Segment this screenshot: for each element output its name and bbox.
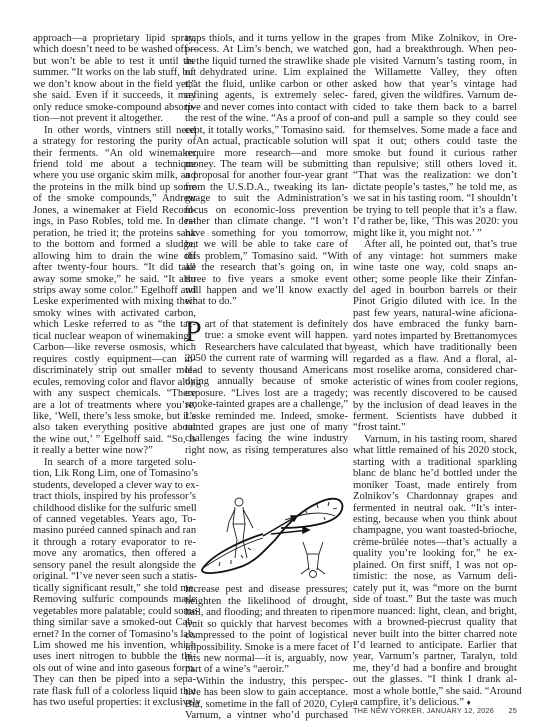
text-line: focus on economic-loss prevention (185, 205, 348, 216)
text-line: this new normal—it is, arguably, now (185, 653, 348, 664)
text-line: dying annually because of smoke (185, 376, 348, 387)
drop-cap: P (185, 320, 202, 344)
text-line: she said. Even if it succeeds, it may (33, 90, 196, 101)
text-line: Removing sulfuric compounds made (33, 594, 196, 605)
text-line: lead to seventy thousand Americans (185, 365, 348, 376)
infinity-clock-illustration-icon (185, 462, 348, 582)
text-line: for themselves. Some made a face and (353, 125, 517, 136)
text-line: rate flask full of a colorless liquid th… (33, 686, 196, 697)
text-line: the Willamette Valley, they often (353, 67, 517, 78)
text-line: what to do.” (185, 296, 348, 307)
text-line: from the U.S.D.A., tweaking its lan- (185, 182, 348, 193)
text-line: Carbon—like reverse osmosis, which (33, 342, 196, 353)
text-line: of the smoke compounds,” Andrew (33, 193, 196, 204)
text-line: will happen and we’ll know exactly (185, 285, 348, 296)
publication-dateline: THE NEW YORKER, JANUARY 12, 2026 (353, 706, 494, 715)
text-line: cept, it totally works,” Tomasino said. (185, 125, 348, 136)
paragraph-start-line: Within the industry, this perspec- (185, 676, 348, 687)
text-line: ings, in Paso Robles, told me. In des- (33, 216, 196, 227)
text-line: esting, because when you think about (353, 514, 517, 525)
text-line: past few years, natural-wine aficiona- (353, 308, 517, 319)
text-line: tive and never comes into contact with (185, 102, 348, 113)
text-line: students, developed a clever way to ex- (33, 480, 196, 491)
text-line: regarded as a flaw. And a floral, al- (353, 354, 517, 365)
text-line: than repulsive; still others loved it. (353, 159, 517, 170)
text-line: year, Varnum’s partner, Taralyn, told (353, 651, 517, 662)
text-line: guage to suit the Administration’s (185, 193, 348, 204)
text-line: blanc de blanc he’d bottled under the (353, 468, 517, 479)
text-line: it through a rotary evaporator to re- (33, 537, 196, 548)
text-line: most roselike aroma, considered char- (353, 365, 517, 376)
text-line: gon, had a breakthrough. When peo- (353, 44, 517, 55)
text-line: the proteins in the milk bind up some (33, 182, 196, 193)
article-column-2: traps thiols, and it turns yellow in the… (185, 33, 348, 722)
text-line: of any vintage: hot summers make (353, 251, 517, 262)
text-line: dos have embraced the funky barn- (353, 319, 517, 330)
text-line: requires costly equipment—can in- (33, 354, 196, 365)
text-line: never built into the bitter charred note (353, 629, 517, 640)
page-footer: THE NEW YORKER, JANUARY 12, 2026 25 (353, 706, 517, 715)
text-line: compressed to the point of logistical (185, 630, 348, 641)
text-line: we sat in his tasting room. “I shouldn’t (353, 193, 517, 204)
text-line: only reduce smoke-compound absorp- (33, 102, 196, 113)
text-line: that the fluid, unlike carbon or other (185, 79, 348, 90)
text-line: ferment. Scientists have dubbed it (353, 411, 517, 422)
text-line: be trying to tell people that it’s a fla… (353, 205, 517, 216)
text-line: might like it, you might not.’ ” (353, 228, 517, 239)
text-line: starting with a traditional sparkling (353, 457, 517, 468)
text-line: crème-brûlée notes—that’s actually a (353, 537, 517, 548)
text-line: move any aromatics, then offered a (33, 548, 196, 559)
text-line: cided to take them back to a barrel (353, 102, 517, 113)
spot-illustration (185, 462, 348, 582)
text-line: also taken everything positive about (33, 422, 196, 433)
text-line: three to five years a smoke event (185, 274, 348, 285)
text-line: fruit so quickly that harvest becomes (185, 619, 348, 630)
paragraph-start-line: In search of a more targeted solu- (33, 457, 196, 468)
text-line: it really a better wine now?” (33, 445, 196, 456)
text-line: impossibility. Smoke is a mere facet of (185, 642, 348, 653)
text-line: approach—a proprietary lipid spray, (33, 33, 196, 44)
text-line: but won’t be able to test it until the (33, 56, 196, 67)
page-number: 25 (508, 706, 517, 715)
text-line: plained. On first sniff, I was not op- (353, 560, 517, 571)
text-line: true: a smoke event will happen. (185, 330, 348, 341)
text-line: fermented in neutral oak. “It’s inter- (353, 503, 517, 514)
text-line: after twenty-four hours. “It did take (33, 262, 196, 273)
text-line: all the research that’s going on, in (185, 262, 348, 273)
text-line: Lim showed me his invention, which (33, 640, 196, 651)
text-line: cately put it, was “more on the burnt (353, 583, 517, 594)
text-line: tion—not prevent it altogether. (33, 113, 196, 124)
text-line: away some smoke,” he said. “It also (33, 274, 196, 285)
text-line: what little remained of his 2020 stock, (353, 445, 517, 456)
text-line: sensory panel the result alongside the (33, 560, 196, 571)
text-line: right now, as rising temperatures also (185, 445, 348, 456)
text-line: Leske experimented with mixing their (33, 296, 196, 307)
text-line: “That was the realization: we don’t (353, 170, 517, 181)
text-line: They can then be piped into a sepa- (33, 674, 196, 685)
text-line: tive has been slow to gain acceptance. (185, 687, 348, 698)
text-line: grapes from Mike Zolnikov, in Ore- (353, 33, 517, 44)
paragraph-start-line: Varnum, in his tasting room, shared (353, 434, 517, 445)
text-line: Leske reminded me. Indeed, smoke- (185, 411, 348, 422)
text-line: uses inert nitrogen to bubble the thi- (33, 651, 196, 662)
text-line: this problem,” Tomasino said. “With (185, 251, 348, 262)
section-break (185, 308, 348, 319)
text-line: allowing him to drain the wine off (33, 251, 196, 262)
text-line: of canned vegetables. Years ago, To- (33, 514, 196, 525)
text-line: hail, and flooding; and threaten to ripe… (185, 607, 348, 618)
text-line: but we will be able to take care of (185, 239, 348, 250)
text-line: Zolnikov’s Chardonnay grapes and (353, 491, 517, 502)
text-line: has two useful properties: it exclusivel… (33, 697, 196, 708)
text-line: moniker Toast, made entirely from (353, 480, 517, 491)
text-line: vegetables more palatable; could some- (33, 606, 196, 617)
text-line: which Leske referred to as “the tac- (33, 319, 196, 330)
text-line: art of that statement is definitely (185, 319, 348, 330)
text-line: discriminately strip out smaller mol- (33, 365, 196, 376)
text-line: most a whole bottle,” she said. “Around (353, 686, 517, 697)
text-line: thing similar save a smoked-out Cab- (33, 617, 196, 628)
paragraph-start-line: In other words, vintners still need (33, 125, 196, 136)
text-line: asked how that year’s vintage had (353, 79, 517, 90)
text-line: ernet? In the corner of Tomasino’s lab, (33, 629, 196, 640)
text-line: a proposal for another four-year grant (185, 170, 348, 181)
text-line: friend told me about a technique (33, 159, 196, 170)
text-line: increase pest and disease pressures; (185, 584, 348, 595)
text-line: smoke-tainted grapes are a challenge,” (185, 399, 348, 410)
text-line: with any suspect chemicals. “There (33, 388, 196, 399)
text-line: refining agents, is extremely selec- (185, 90, 348, 101)
text-line: was recently discovered to be caused (353, 388, 517, 399)
text-line: ecules, removing color and flavor along (33, 377, 196, 388)
paragraph-start-line: After all, he pointed out, that’s true (353, 239, 517, 250)
text-line: of dehydrated urine. Lim explained (185, 67, 348, 78)
text-line: spat it out; others could taste the (353, 136, 517, 147)
text-line: smoky wines with activated carbon, (33, 308, 196, 319)
text-line: quality you’re looking for,” he ex- (353, 548, 517, 559)
text-line: ols out of wine and into gaseous form. (33, 663, 196, 674)
text-line: other; some people like their Zinfan- (353, 274, 517, 285)
text-line: I’d rather be, like, ‘This was 2020: you (353, 216, 517, 227)
text-line: traps thiols, and it turns yellow in the (185, 33, 348, 44)
text-line: require more research—and more (185, 148, 348, 159)
text-line: as the liquid turned the strawlike shade (185, 56, 348, 67)
text-line: But, sometime in the fall of 2020, Cyler (185, 699, 348, 710)
text-line: to the bottom and formed a sludge, (33, 239, 196, 250)
text-line: and pull a sample so they could see (353, 113, 517, 124)
text-line: more nuanced: light, clean, and bright, (353, 606, 517, 617)
text-line: part of a wine’s “aeroir.” (185, 664, 348, 675)
text-line: ple visited Varnum’s tasting room, in (353, 56, 517, 67)
text-line: challenges facing the wine industry (185, 433, 348, 444)
text-line: tract thiols, inspired by his professor’… (33, 491, 196, 502)
text-line: tical nuclear weapon of winemaking.” (33, 331, 196, 342)
text-line: me, they’d had a bonfire and brought (353, 663, 517, 674)
text-line: Pinot Grigio diluted with ice. In the (353, 296, 517, 307)
text-line: wine taste one way, cold snaps an- (353, 262, 517, 273)
text-line: by the inclusion of dead leaves in the (353, 400, 517, 411)
text-line: money. The team will be submitting (185, 159, 348, 170)
text-line: we don’t know about in the field yet,” (33, 79, 196, 90)
text-line: champagne, you want toasted-brioche, (353, 525, 517, 536)
text-line: masino puréed canned spinach and ran (33, 525, 196, 536)
text-line: childhood dislike for the sulfuric smell (33, 503, 196, 514)
text-line: Researchers have calculated that by (185, 342, 348, 353)
text-line: I’d learned to anticipate. Earlier that (353, 640, 517, 651)
text-line: side of toast.” But the taste was much (353, 594, 517, 605)
article-column-1: approach—a proprietary lipid spray, whic… (33, 33, 196, 709)
text-line: peration, he tried it; the proteins sank (33, 228, 196, 239)
article-column-3: grapes from Mike Zolnikov, in Ore- gon, … (353, 33, 517, 709)
text-line: tically significant result,” she told me… (33, 583, 196, 594)
text-line: Varnum, a vintner who’d purchased (185, 710, 348, 721)
text-line: a strategy for restoring the purity of (33, 136, 196, 147)
text-line: heighten the likelihood of drought, (185, 596, 348, 607)
text-line: exposure. “Lives lost are a tragedy; (185, 388, 348, 399)
text-line: Jones, a winemaker at Field Record- (33, 205, 196, 216)
text-line: yard notes imparted by Brettanomyces (353, 331, 517, 342)
text-line: original. “I’ve never seen such a statis… (33, 571, 196, 582)
text-line: the wine out,’ ” Egelhoff said. “So, is (33, 434, 196, 445)
text-line: out the glasses. “I think I drank al- (353, 674, 517, 685)
text-line: dictate people’s tastes,” he told me, as (353, 182, 517, 193)
paragraph-start-line: An actual, practicable solution will (185, 136, 348, 147)
text-line: their ferments. “An old winemaker (33, 148, 196, 159)
text-line: “frost taint.” (353, 422, 517, 433)
text-line: with a browned-piecrust quality that (353, 617, 517, 628)
text-line: which doesn’t need to be washed off— (33, 44, 196, 55)
text-line: yeast, which have traditionally been (353, 342, 517, 353)
text-line: the rest of the wine. “As a proof of con… (185, 113, 348, 124)
text-line: strips away some color.” Egelhoff and (33, 285, 196, 296)
text-line: timistic: the nose, as Varnum deli- (353, 571, 517, 582)
text-line: 2050 the current rate of warming will (185, 353, 348, 364)
text-line: rather than climate change. “I won’t (185, 216, 348, 227)
text-line: summer. “It works on the lab stuff, but (33, 67, 196, 78)
text-line: fared, given the wildfires. Varnum de- (353, 90, 517, 101)
text-line: smoke but found it curious rather (353, 148, 517, 159)
text-line: like, ‘Well, there’s less smoke, but it’… (33, 411, 196, 422)
text-line: are a lot of treatments where you’re, (33, 400, 196, 411)
text-line: have something for you tomorrow, (185, 228, 348, 239)
text-line: del aged in bourbon barrels or their (353, 285, 517, 296)
text-line: tainted grapes are just one of many (185, 422, 348, 433)
text-line: process. At Lim’s bench, we watched (185, 44, 348, 55)
text-line: tion, Lik Rong Lim, one of Tomasino’s (33, 468, 196, 479)
magazine-page: approach—a proprietary lipid spray, whic… (0, 0, 533, 727)
section-opening: P art of that statement is definitely tr… (185, 319, 348, 342)
text-line: where you use organic skim milk, and (33, 170, 196, 181)
text-line: acteristic of wines from cooler regions, (353, 377, 517, 388)
